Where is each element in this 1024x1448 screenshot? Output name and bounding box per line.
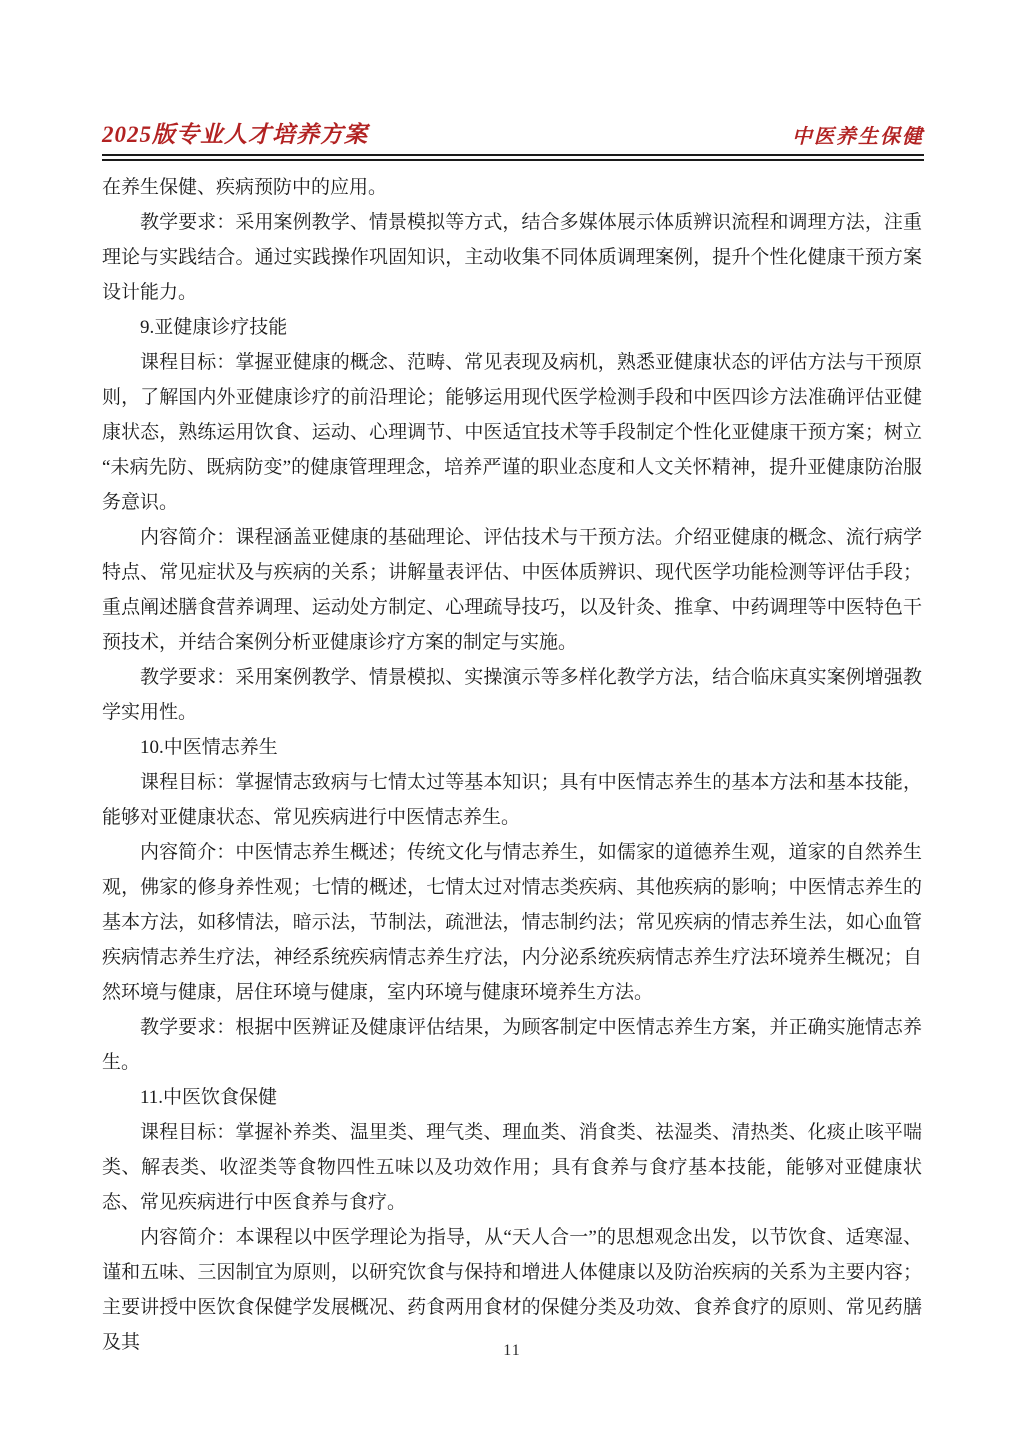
paragraph: 内容简介：中医情志养生概述；传统文化与情志养生，如儒家的道德养生观，道家的自然养…	[102, 835, 922, 1010]
paragraph: 课程目标：掌握亚健康的概念、范畴、常见表现及病机，熟悉亚健康状态的评估方法与干预…	[102, 345, 922, 520]
page-footer: 11	[0, 1342, 1024, 1360]
paragraph: 教学要求：采用案例教学、情景模拟等方式，结合多媒体展示体质辨识流程和调理方法，注…	[102, 205, 922, 310]
section-heading: 9.亚健康诊疗技能	[102, 310, 922, 345]
paragraph: 内容简介：课程涵盖亚健康的基础理论、评估技术与干预方法。介绍亚健康的概念、流行病…	[102, 520, 922, 660]
header-left-title: 2025版专业人才培养方案	[102, 116, 368, 149]
paragraph: 课程目标：掌握补养类、温里类、理气类、理血类、消食类、祛湿类、清热类、化痰止咳平…	[102, 1115, 922, 1220]
document-body: 在养生保健、疾病预防中的应用。教学要求：采用案例教学、情景模拟等方式，结合多媒体…	[102, 170, 922, 1360]
section-heading: 10.中医情志养生	[102, 730, 922, 765]
page-header: 2025版专业人才培养方案 中医养生保健	[102, 116, 924, 161]
paragraph: 教学要求：采用案例教学、情景模拟、实操演示等多样化教学方法，结合临床真实案例增强…	[102, 660, 922, 730]
page-number: 11	[503, 1342, 520, 1359]
paragraph: 在养生保健、疾病预防中的应用。	[102, 170, 922, 205]
paragraph: 课程目标：掌握情志致病与七情太过等基本知识；具有中医情志养生的基本方法和基本技能…	[102, 765, 922, 835]
paragraph: 教学要求：根据中医辨证及健康评估结果，为顾客制定中医情志养生方案，并正确实施情志…	[102, 1010, 922, 1080]
document-page: 2025版专业人才培养方案 中医养生保健 在养生保健、疾病预防中的应用。教学要求…	[0, 0, 1024, 1448]
section-heading: 11.中医饮食保健	[102, 1080, 922, 1115]
paragraph: 内容简介：本课程以中医学理论为指导，从“天人合一”的思想观念出发，以节饮食、适寒…	[102, 1220, 922, 1360]
header-double-rule	[102, 154, 924, 161]
header-right-title: 中医养生保健	[792, 120, 924, 149]
